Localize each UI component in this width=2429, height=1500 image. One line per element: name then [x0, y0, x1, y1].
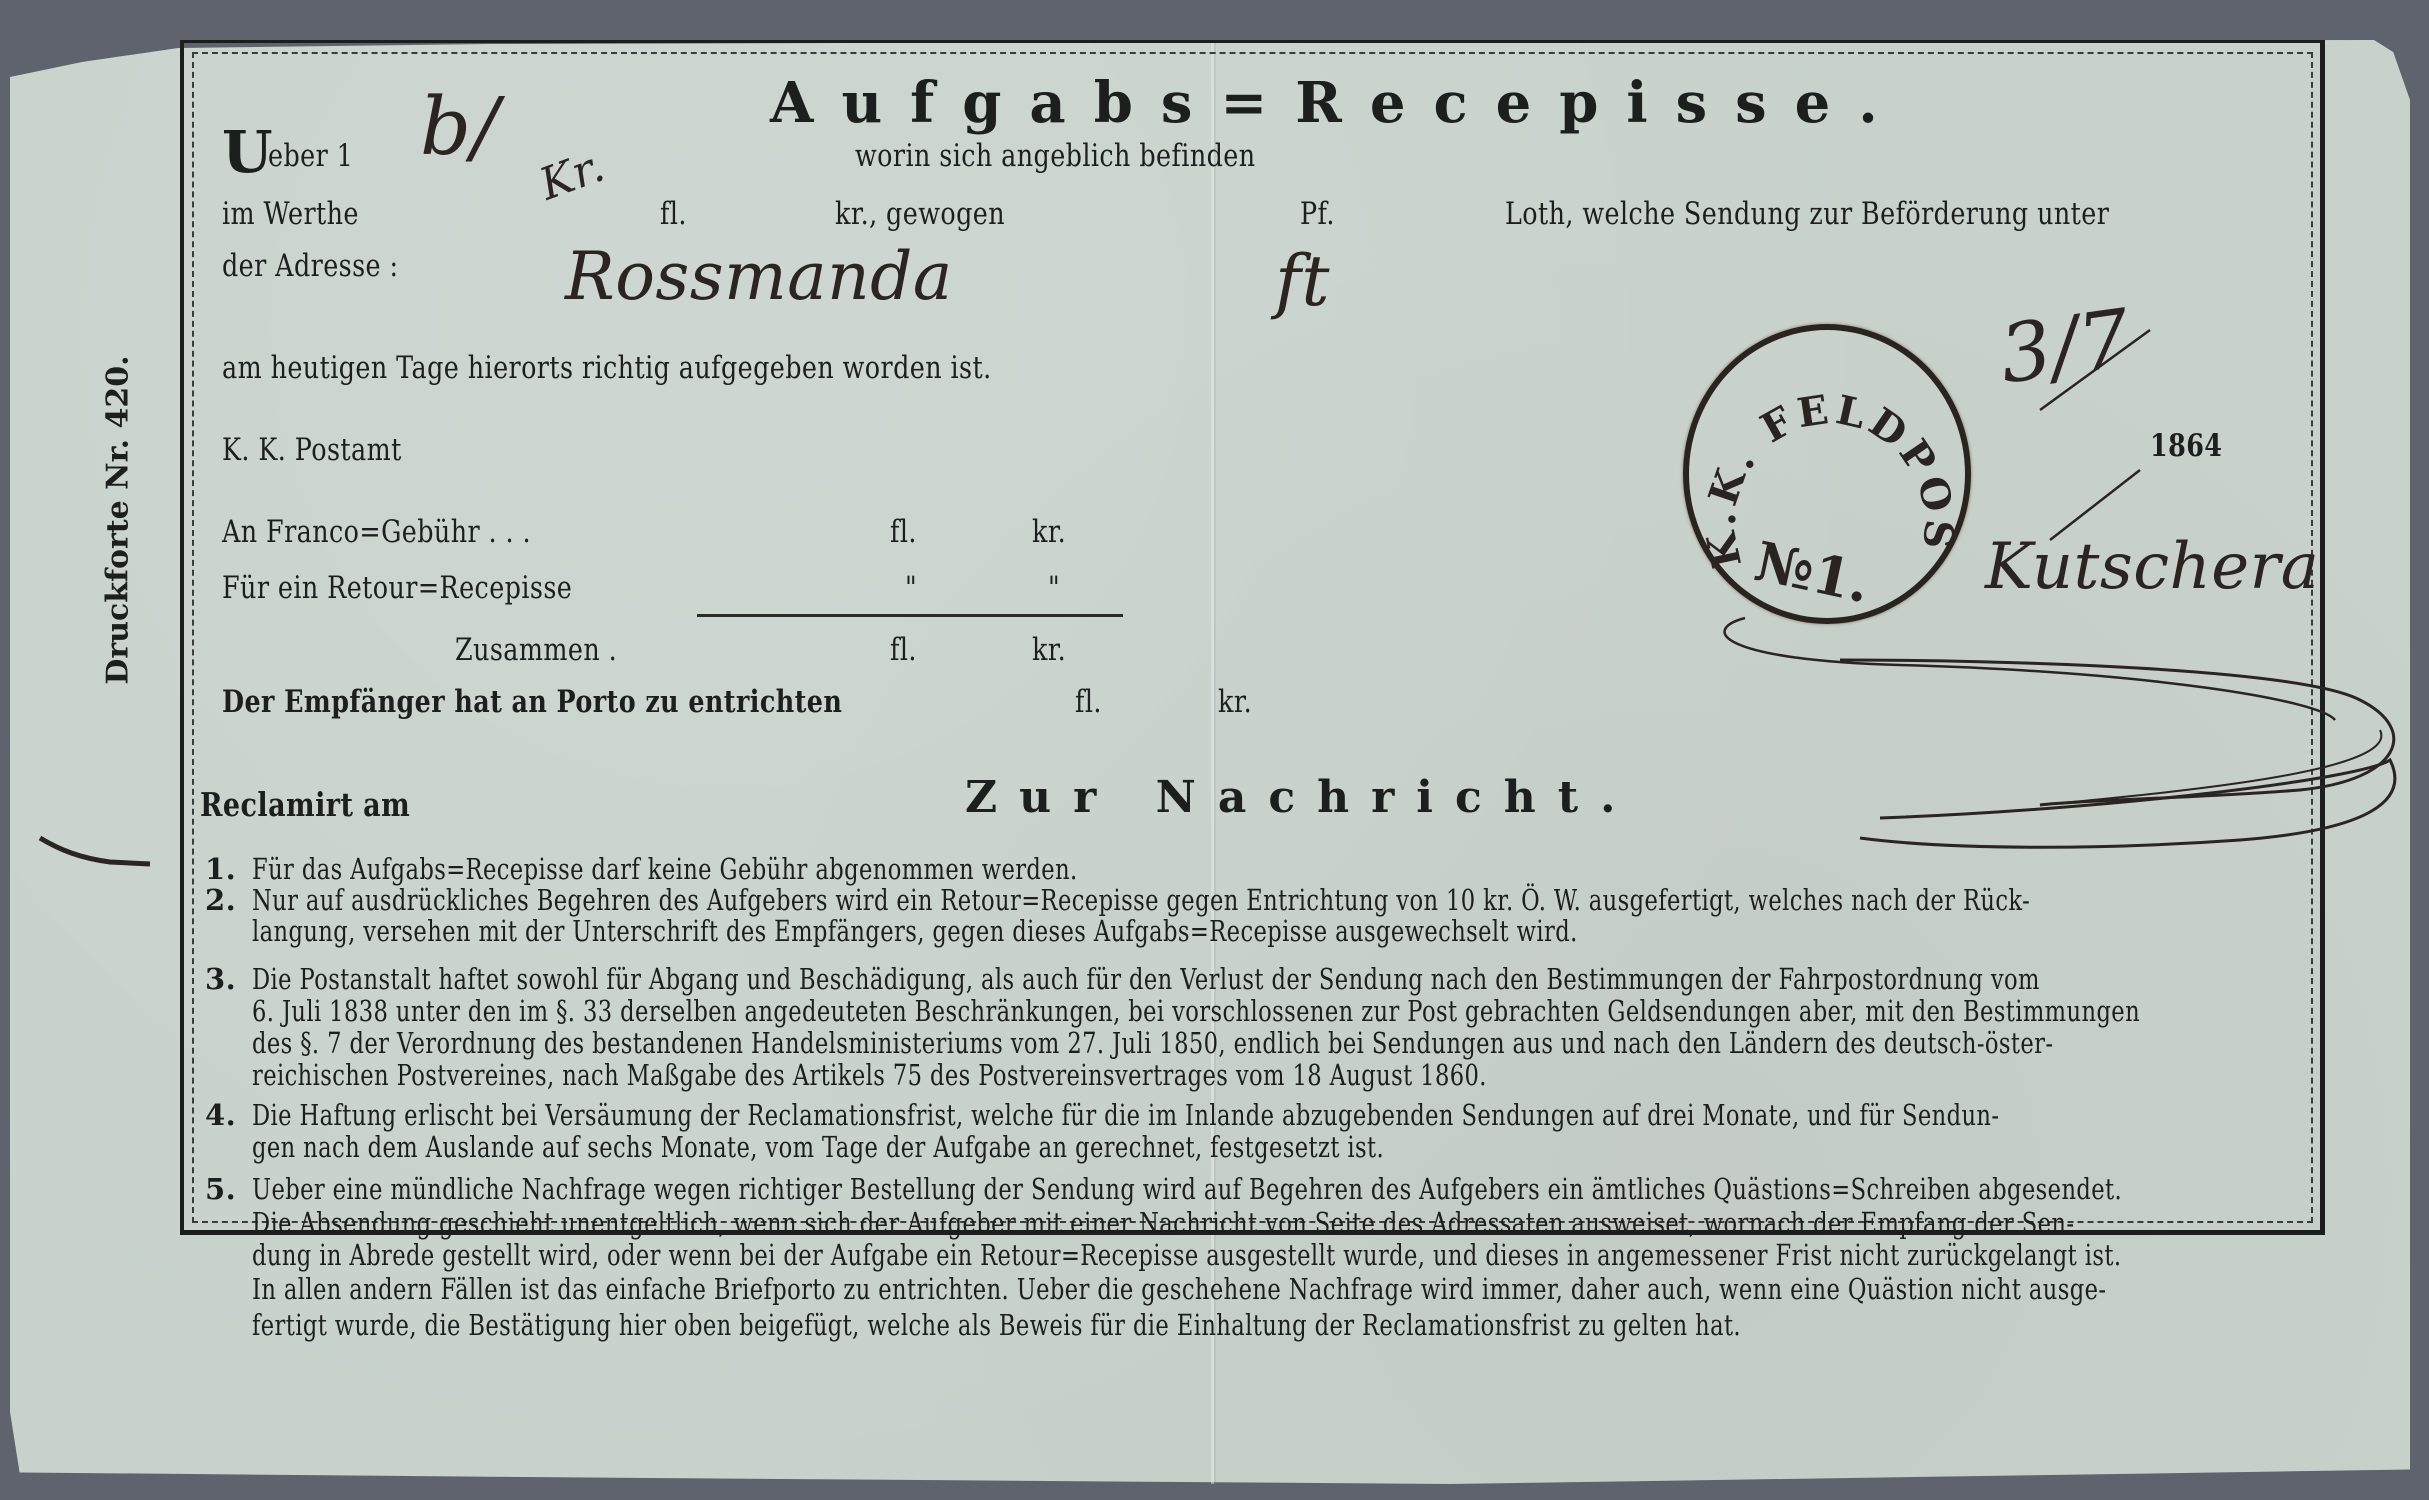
- unit-fl: fl.: [660, 196, 687, 232]
- note-number: 3.: [205, 962, 236, 996]
- note-line: 6. Juli 1838 unter den im §. 33 derselbe…: [252, 994, 2140, 1028]
- note-number: 1.: [205, 852, 236, 886]
- fee-total-label: Zusammen .: [455, 632, 617, 668]
- postamt-label: K. K. Postamt: [222, 432, 402, 468]
- note-line: des §. 7 der Verordnung des bestandenen …: [252, 1026, 2053, 1060]
- handwritten-note: ft: [1275, 240, 1330, 322]
- note-number: 2.: [205, 883, 236, 917]
- postmark-arc-text: K.K. FELDPOST: [1683, 324, 1963, 572]
- handwritten-date: 3/7: [1994, 291, 2136, 401]
- fee-franco-fl: fl.: [890, 514, 917, 550]
- form-number-vertical: Druckforte Nr. 420.: [101, 355, 136, 684]
- note-line: Die Absendung geschieht unentgeltlich, w…: [252, 1206, 2074, 1240]
- initial-letter: U: [222, 118, 273, 186]
- note-line: Nur auf ausdrückliches Begehren des Aufg…: [252, 883, 2030, 917]
- note-line: fertigt wurde, die Bestätigung hier oben…: [252, 1308, 1741, 1342]
- unit-kr-gewogen: kr., gewogen: [835, 196, 1005, 232]
- fee-total-fl: fl.: [890, 632, 917, 668]
- handwritten-address: Rossmanda: [565, 238, 953, 315]
- porto-fl: fl.: [1075, 684, 1102, 720]
- fee-retour-kr: ": [1048, 570, 1060, 606]
- note-number: 4.: [205, 1098, 236, 1132]
- document-title: Aufgabs=Recepisse.: [770, 70, 1906, 136]
- porto-label: Der Empfänger hat an Porto zu entrichten: [222, 684, 842, 720]
- row4-label: am heutigen Tage hierorts richtig aufgeg…: [222, 350, 992, 386]
- note-line: Die Postanstalt haftet sowohl für Abgang…: [252, 962, 2040, 996]
- value-label: im Werthe: [222, 196, 359, 232]
- note-line: gen nach dem Auslande auf sechs Monate, …: [252, 1130, 1384, 1164]
- fee-franco-kr: kr.: [1032, 514, 1066, 550]
- note-line: dung in Abrede gestellt wird, oder wenn …: [252, 1238, 2121, 1272]
- note-number: 5.: [205, 1172, 236, 1206]
- svg-text:K.K. FELDPOST: K.K. FELDPOST: [1683, 324, 1963, 572]
- address-label: der Adresse :: [222, 248, 398, 284]
- note-line: Ueber eine mündliche Nachfrage wegen ric…: [252, 1172, 2122, 1206]
- fee-retour-label: Für ein Retour=Recepisse: [222, 570, 572, 606]
- fee-franco-label: An Franco=Gebühr . . .: [222, 514, 531, 550]
- unit-pf: Pf.: [1300, 196, 1335, 232]
- row1-label: eber 1: [268, 138, 353, 174]
- reclamirt-label: Reclamirt am: [200, 785, 410, 824]
- porto-kr: kr.: [1218, 684, 1252, 720]
- note-line: Für das Aufgabs=Recepisse darf keine Geb…: [252, 852, 1078, 886]
- fee-total-kr: kr.: [1032, 632, 1066, 668]
- contents-label: worin sich angeblich befinden: [855, 138, 1256, 174]
- year: 1864: [2150, 428, 2222, 464]
- note-line: langung, versehen mit der Unterschrift d…: [252, 914, 1578, 948]
- note-line: Die Haftung erlischt bei Versäumung der …: [252, 1098, 1999, 1132]
- notice-heading: Zur Nachricht.: [965, 772, 1637, 823]
- note-line: In allen andern Fällen ist das einfache …: [252, 1272, 2106, 1306]
- fee-retour-fl: ": [905, 570, 917, 606]
- handwritten-signature: Kutschera: [1985, 530, 2319, 604]
- note-line: reichischen Postvereines, nach Maßgabe d…: [252, 1058, 1487, 1092]
- row2-continuation: Loth, welche Sendung zur Beförderung unt…: [1505, 196, 2109, 232]
- sum-rule: [697, 614, 1123, 617]
- handwritten-count: b/: [420, 80, 499, 173]
